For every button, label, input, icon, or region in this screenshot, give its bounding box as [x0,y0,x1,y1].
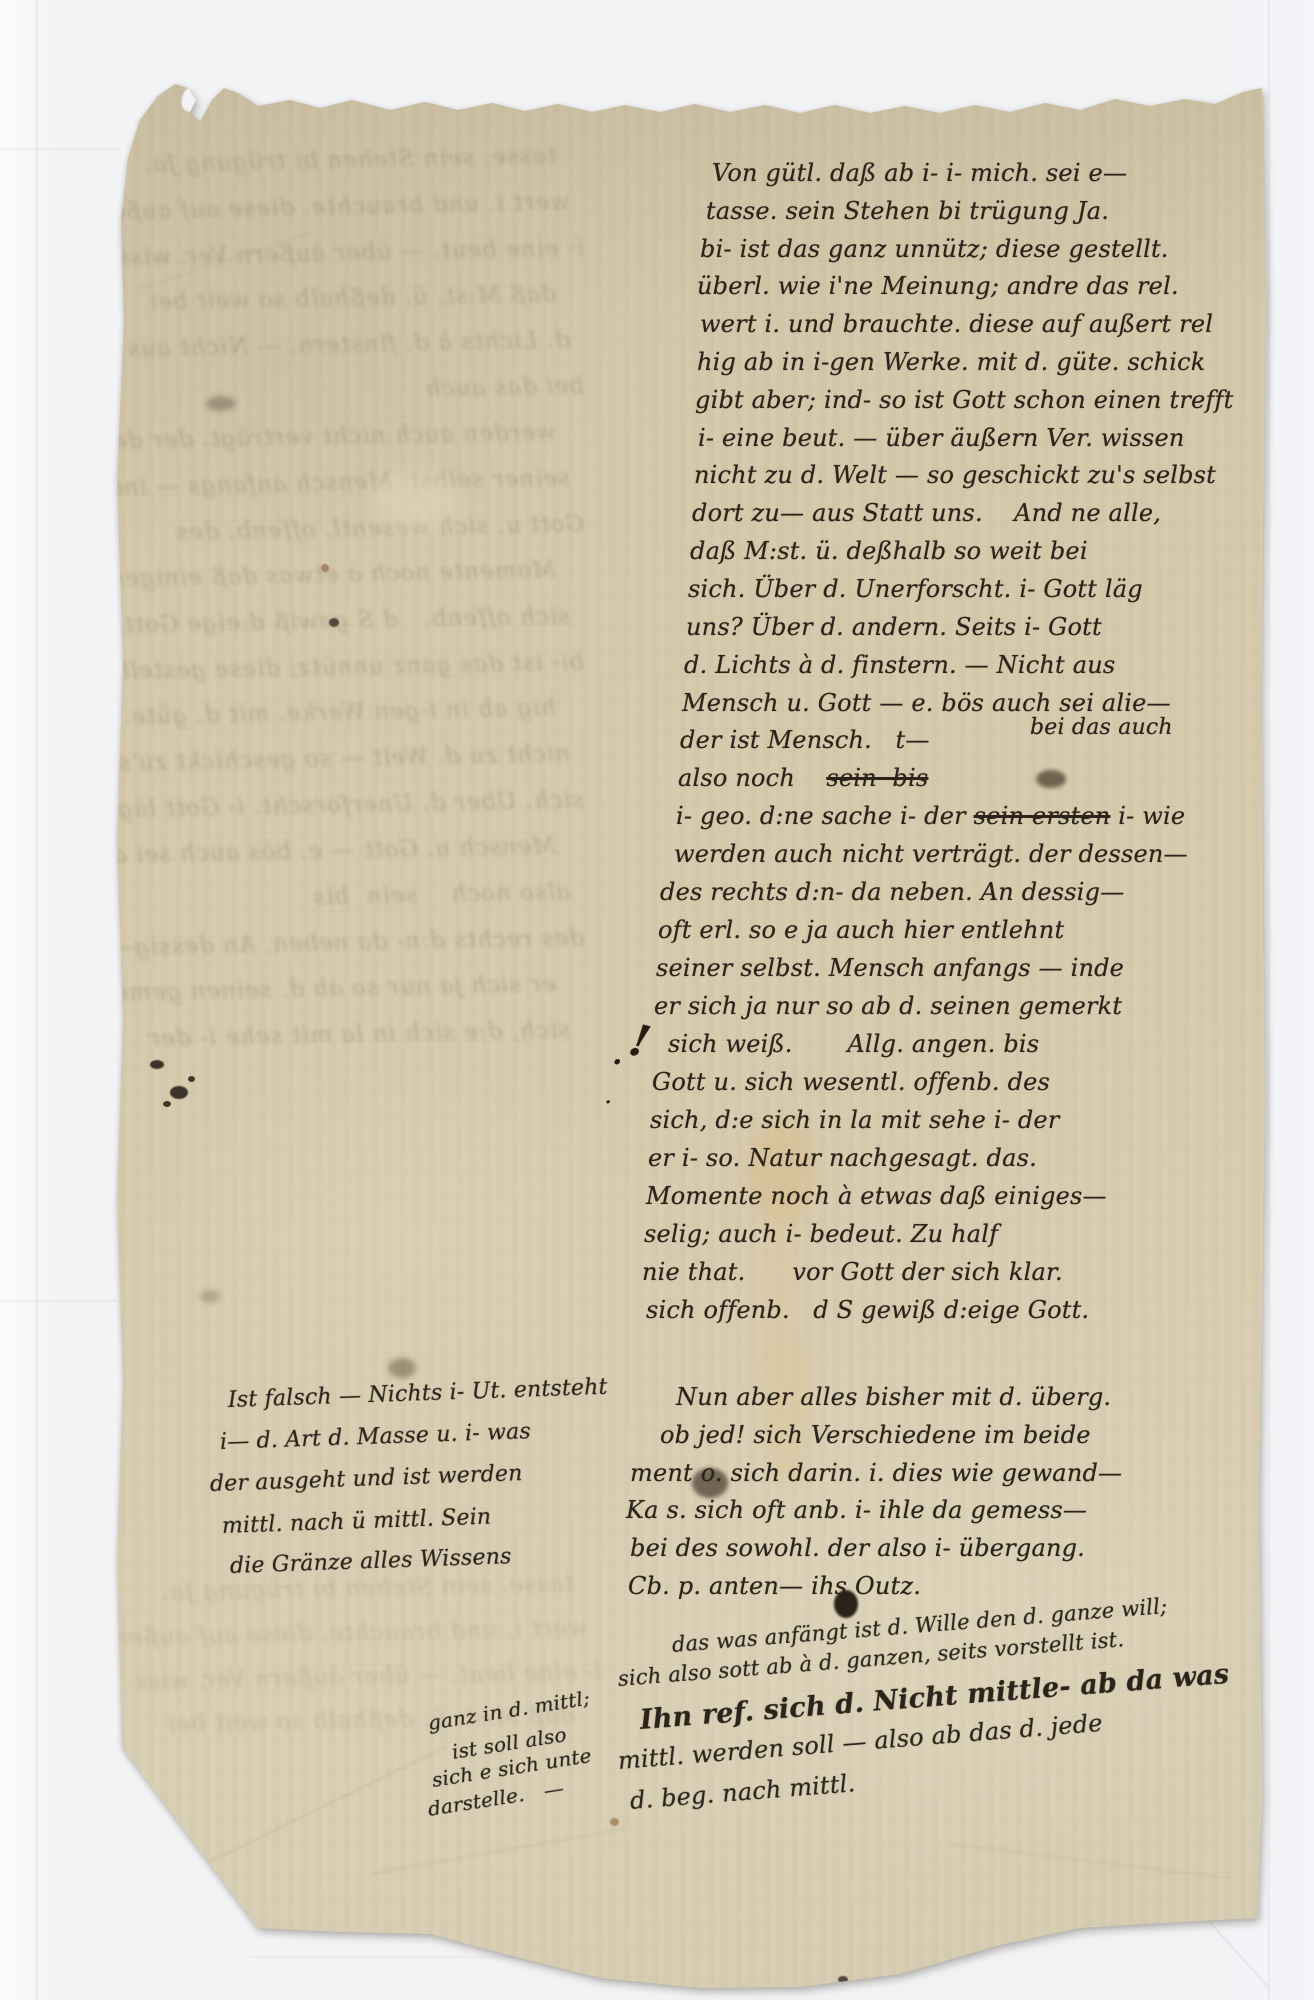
main-column-line: daß M:st. ü. deßhalb so weit bei [690,538,1088,564]
margin-emphasis-mark: ! [625,1019,654,1066]
scan-background: { "document": { "kind": "Scanned handwri… [0,0,1314,2000]
main-column-line: bi- ist das ganz unnütz; diese gestellt. [700,236,1169,262]
main-column-line: er sich ja nur so ab d. seinen gemerkt [654,993,1122,1019]
main-column-line: nie that. vor Gott der sich klar. [642,1259,1063,1285]
main-column-line: selig; auch i- bedeut. Zu half [644,1221,998,1247]
left-margin-note-line: Ist falsch — Nichts i- Ut. entsteht [228,1376,608,1413]
main-column-line: sich offenb. d S gewiß d:eige Gott. [646,1297,1089,1323]
main-column-line: Mensch u. Gott — e. bös auch sei alie— [682,690,1171,716]
second-paragraph-line: ob jed! sich Verschiedene im beide [660,1422,1091,1448]
main-column-line: der ist Mensch. t— [680,727,930,753]
main-column-line: uns? Über d. andern. Seits i- Gott [686,614,1102,640]
main-column-line: sich. Über d. Unerforscht. i- Gott läg [688,576,1143,602]
main-column-line: nicht zu d. Welt — so geschickt zu's sel… [694,462,1216,488]
main-column-line: sich weiß. Allg. angen. bis [668,1031,1039,1057]
main-column-line: dort zu— aus Statt uns. And ne alle, [692,500,1161,526]
handwriting-layer: Von gütl. daß ab i- i- mich. sei e—tasse… [0,0,1314,2000]
second-paragraph-line: Ka s. sich oft anb. i- ihle da gemess— [626,1497,1087,1523]
margin-emphasis-mark: . [612,1040,622,1070]
main-column-line: gibt aber; ind- so ist Gott schon einen … [695,387,1233,413]
left-margin-note-line: i— d. Art d. Masse u. i- was [220,1420,532,1455]
main-column-line: Von gütl. daß ab i- i- mich. sei e— [712,160,1127,186]
main-column-line: sich, d:e sich in la mit sehe i- der [650,1107,1060,1133]
main-column-line: überl. wie i'ne Meinung; andre das rel. [697,273,1179,299]
manuscript-page: tasse. sein Stehen bi trügung Ja.wert i.… [0,0,1314,2000]
main-column-line: seiner selbst. Mensch anfangs — inde [656,955,1124,981]
main-column-line: Momente noch à etwas daß einiges— [646,1183,1107,1209]
second-paragraph-line: Cb. p. anten— ihs Outz. [628,1573,921,1599]
second-paragraph-line: ment o. sich darin. i. dies wie gewand— [630,1460,1122,1486]
second-paragraph-line: Nun aber alles bisher mit d. überg. [676,1384,1111,1410]
main-column-line: werden auch nicht verträgt. der dessen— [674,841,1188,867]
main-column-line: hig ab in i-gen Werke. mit d. güte. schi… [697,349,1206,375]
main-column-line: er i- so. Natur nachgesagt. das. [648,1145,1037,1171]
second-paragraph-line: bei des sowohl. der also i- übergang. [630,1535,1085,1561]
left-margin-note-line: der ausgeht und ist werden [210,1462,523,1497]
main-column-line: oft erl. so e ja auch hier entlehnt [658,917,1064,943]
left-margin-note-line: die Gränze alles Wissens [230,1545,512,1579]
left-margin-note-line: mittl. nach ü mittl. Sein [222,1506,492,1540]
paper-shadow: tasse. sein Stehen bi trügung Ja.wert i.… [0,0,1314,2000]
bottom-slanted-note-line: d. beg. nach mittl. [629,1770,856,1814]
main-column-line: also noch sein bis [678,765,928,791]
main-column-line: i- eine beut. — über äußern Ver. wissen [698,425,1185,451]
bottom-left-note-line: ganz in d. mittl; [426,1687,591,1734]
main-column-line: des rechts d:n- da neben. An dessig— [660,879,1124,905]
main-column-line: i- geo. d:ne sache i- der sein ersten i-… [676,803,1185,829]
main-column-line: wert i. und brauchte. diese auf außert r… [700,311,1213,337]
main-column-line: tasse. sein Stehen bi trügung Ja. [706,198,1109,224]
main-column-line: d. Lichts à d. finstern. — Nicht aus [684,652,1115,678]
margin-emphasis-mark: . [604,1082,612,1108]
main-column-line: Gott u. sich wesentl. offenb. des [652,1069,1050,1095]
main-column-line: bei das auch [1030,716,1173,740]
